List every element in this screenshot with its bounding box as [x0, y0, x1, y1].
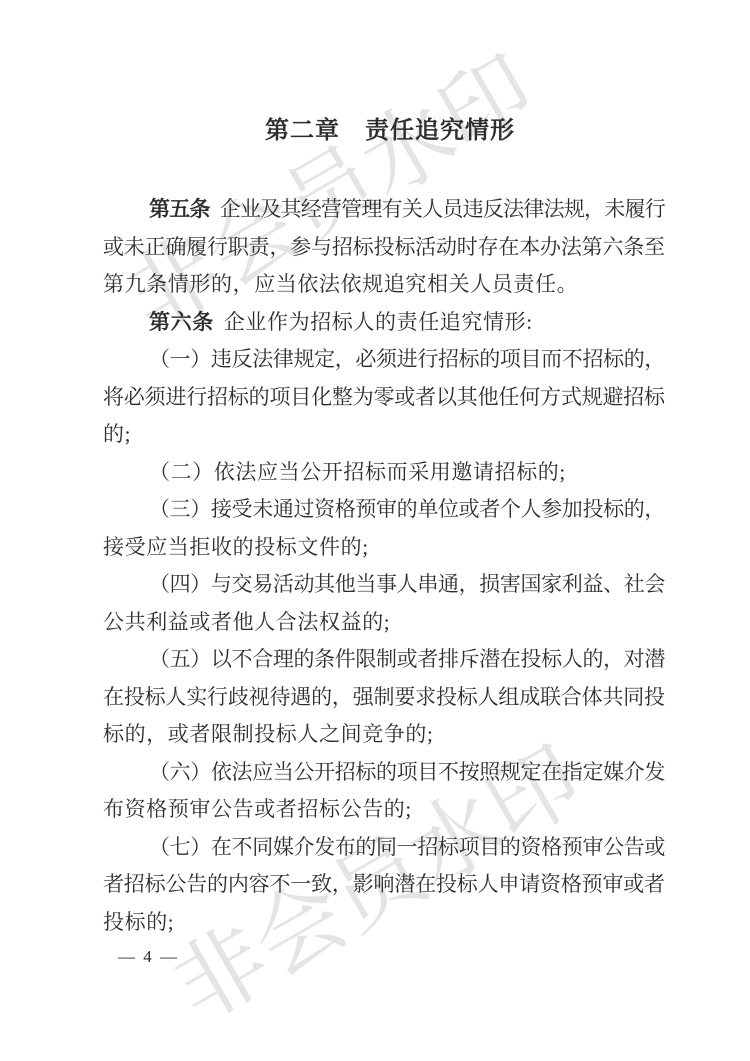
line-text: 布资格预审公告或者招标公告的;	[103, 791, 412, 829]
line-body: （三）接受未通过资格预审的单位或者个人参加投标的，	[149, 497, 665, 521]
line-text: 在投标人实行歧视待遇的，强制要求投标人组成联合体共同投	[103, 679, 665, 717]
text-line: （一）违反法律规定，必须进行招标的项目而不招标的，	[103, 341, 665, 379]
text-line: 第六条企业作为招标人的责任追究情形:	[103, 304, 665, 342]
line-body: （五）以不合理的条件限制或者排斥潜在投标人的，对潜	[149, 647, 665, 671]
paragraph: （六）依法应当公开招标的项目不按照规定在指定媒介发布资格预审公告或者招标公告的;	[103, 754, 665, 829]
line-body: 投标的;	[103, 910, 174, 934]
text-line: 公共利益或者他人合法权益的;	[103, 604, 665, 642]
line-body: （一）违反法律规定，必须进行招标的项目而不招标的，	[149, 347, 665, 371]
text-line: 第九条情形的，应当依法依规追究相关人员责任。	[103, 266, 665, 304]
content-column: 第二章 责任追究情形 第五条企业及其经营管理有关人员违反法律法规，未履行或未正确…	[103, 114, 665, 969]
text-line: （二）依法应当公开招标而采用邀请招标的;	[103, 454, 665, 492]
line-text: 第六条企业作为招标人的责任追究情形:	[149, 304, 533, 342]
line-body: 企业作为招标人的责任追究情形:	[224, 310, 533, 334]
line-body: 将必须进行招标的项目化整为零或者以其他任何方式规避招标	[103, 385, 665, 409]
line-body: 公共利益或者他人合法权益的;	[103, 610, 390, 634]
line-text: 或未正确履行职责，参与招标投标活动时存在本办法第六条至	[103, 229, 665, 267]
document-page: 非会员水印 非会员水印 第二章 责任追究情形 第五条企业及其经营管理有关人员违反…	[0, 0, 750, 1061]
line-body: （六）依法应当公开招标的项目不按照规定在指定媒介发	[149, 760, 665, 784]
line-text: 公共利益或者他人合法权益的;	[103, 604, 390, 642]
chapter-title: 第二章 责任追究情形	[103, 114, 665, 148]
paragraph: （三）接受未通过资格预审的单位或者个人参加投标的，接受应当拒收的投标文件的;	[103, 491, 665, 566]
line-text: 的;	[103, 416, 131, 454]
line-text: （三）接受未通过资格预审的单位或者个人参加投标的，	[149, 491, 665, 529]
line-body: 接受应当拒收的投标文件的;	[103, 535, 369, 559]
paragraph: （五）以不合理的条件限制或者排斥潜在投标人的，对潜在投标人实行歧视待遇的，强制要…	[103, 641, 665, 754]
line-body: 标的，或者限制投标人之间竞争的;	[103, 722, 433, 746]
article-number: 第五条	[149, 198, 210, 221]
text-line: 标的，或者限制投标人之间竞争的;	[103, 716, 665, 754]
line-text: 者招标公告的内容不一致，影响潜在投标人申请资格预审或者	[103, 866, 665, 904]
text-line: 或未正确履行职责，参与招标投标活动时存在本办法第六条至	[103, 229, 665, 267]
line-body: 的;	[103, 422, 131, 446]
line-text: 第九条情形的，应当依法依规追究相关人员责任。	[103, 266, 578, 304]
line-text: （一）违反法律规定，必须进行招标的项目而不招标的，	[149, 341, 665, 379]
text-line: 第五条企业及其经营管理有关人员违反法律法规，未履行	[103, 191, 665, 229]
line-body: （四）与交易活动其他当事人串通，损害国家利益、社会	[149, 572, 665, 596]
text-line: 将必须进行招标的项目化整为零或者以其他任何方式规避招标	[103, 379, 665, 417]
line-text: 标的，或者限制投标人之间竞争的;	[103, 716, 433, 754]
paragraph: （四）与交易活动其他当事人串通，损害国家利益、社会公共利益或者他人合法权益的;	[103, 566, 665, 641]
text-line: 的;	[103, 416, 665, 454]
text-line: 接受应当拒收的投标文件的;	[103, 529, 665, 567]
line-body: （二）依法应当公开招标而采用邀请招标的;	[149, 460, 566, 484]
line-body: （七）在不同媒介发布的同一招标项目的资格预审公告或	[149, 835, 665, 859]
line-text: （七）在不同媒介发布的同一招标项目的资格预审公告或	[149, 829, 665, 867]
line-text: （五）以不合理的条件限制或者排斥潜在投标人的，对潜	[149, 641, 665, 679]
text-line: （七）在不同媒介发布的同一招标项目的资格预审公告或	[103, 829, 665, 867]
text-line: 投标的;	[103, 904, 665, 942]
line-body: 企业及其经营管理有关人员违反法律法规，未履行	[220, 197, 665, 221]
line-body: 布资格预审公告或者招标公告的;	[103, 797, 412, 821]
text-line: 在投标人实行歧视待遇的，强制要求投标人组成联合体共同投	[103, 679, 665, 717]
text-line: 布资格预审公告或者招标公告的;	[103, 791, 665, 829]
line-text: （二）依法应当公开招标而采用邀请招标的;	[149, 454, 566, 492]
line-body: 在投标人实行歧视待遇的，强制要求投标人组成联合体共同投	[103, 685, 665, 709]
line-text: （四）与交易活动其他当事人串通，损害国家利益、社会	[149, 566, 665, 604]
line-body: 或未正确履行职责，参与招标投标活动时存在本办法第六条至	[103, 235, 665, 259]
line-text: （六）依法应当公开招标的项目不按照规定在指定媒介发	[149, 754, 665, 792]
line-text: 将必须进行招标的项目化整为零或者以其他任何方式规避招标	[103, 379, 665, 417]
line-text: 第五条企业及其经营管理有关人员违反法律法规，未履行	[149, 191, 665, 229]
body-text: 第五条企业及其经营管理有关人员违反法律法规，未履行或未正确履行职责，参与招标投标…	[103, 191, 665, 941]
paragraph: （一）违反法律规定，必须进行招标的项目而不招标的，将必须进行招标的项目化整为零或…	[103, 341, 665, 454]
paragraph: （七）在不同媒介发布的同一招标项目的资格预审公告或者招标公告的内容不一致，影响潜…	[103, 829, 665, 942]
line-body: 者招标公告的内容不一致，影响潜在投标人申请资格预审或者	[103, 872, 665, 896]
line-body: 第九条情形的，应当依法依规追究相关人员责任。	[103, 272, 578, 296]
page-number: — 4 —	[103, 945, 665, 969]
paragraph: 第五条企业及其经营管理有关人员违反法律法规，未履行或未正确履行职责，参与招标投标…	[103, 191, 665, 304]
text-line: （四）与交易活动其他当事人串通，损害国家利益、社会	[103, 566, 665, 604]
text-line: （六）依法应当公开招标的项目不按照规定在指定媒介发	[103, 754, 665, 792]
paragraph: （二）依法应当公开招标而采用邀请招标的;	[103, 454, 665, 492]
article-number: 第六条	[149, 311, 214, 334]
paragraph: 第六条企业作为招标人的责任追究情形:	[103, 304, 665, 342]
line-text: 接受应当拒收的投标文件的;	[103, 529, 369, 567]
line-text: 投标的;	[103, 904, 174, 942]
text-line: 者招标公告的内容不一致，影响潜在投标人申请资格预审或者	[103, 866, 665, 904]
text-line: （五）以不合理的条件限制或者排斥潜在投标人的，对潜	[103, 641, 665, 679]
text-line: （三）接受未通过资格预审的单位或者个人参加投标的，	[103, 491, 665, 529]
